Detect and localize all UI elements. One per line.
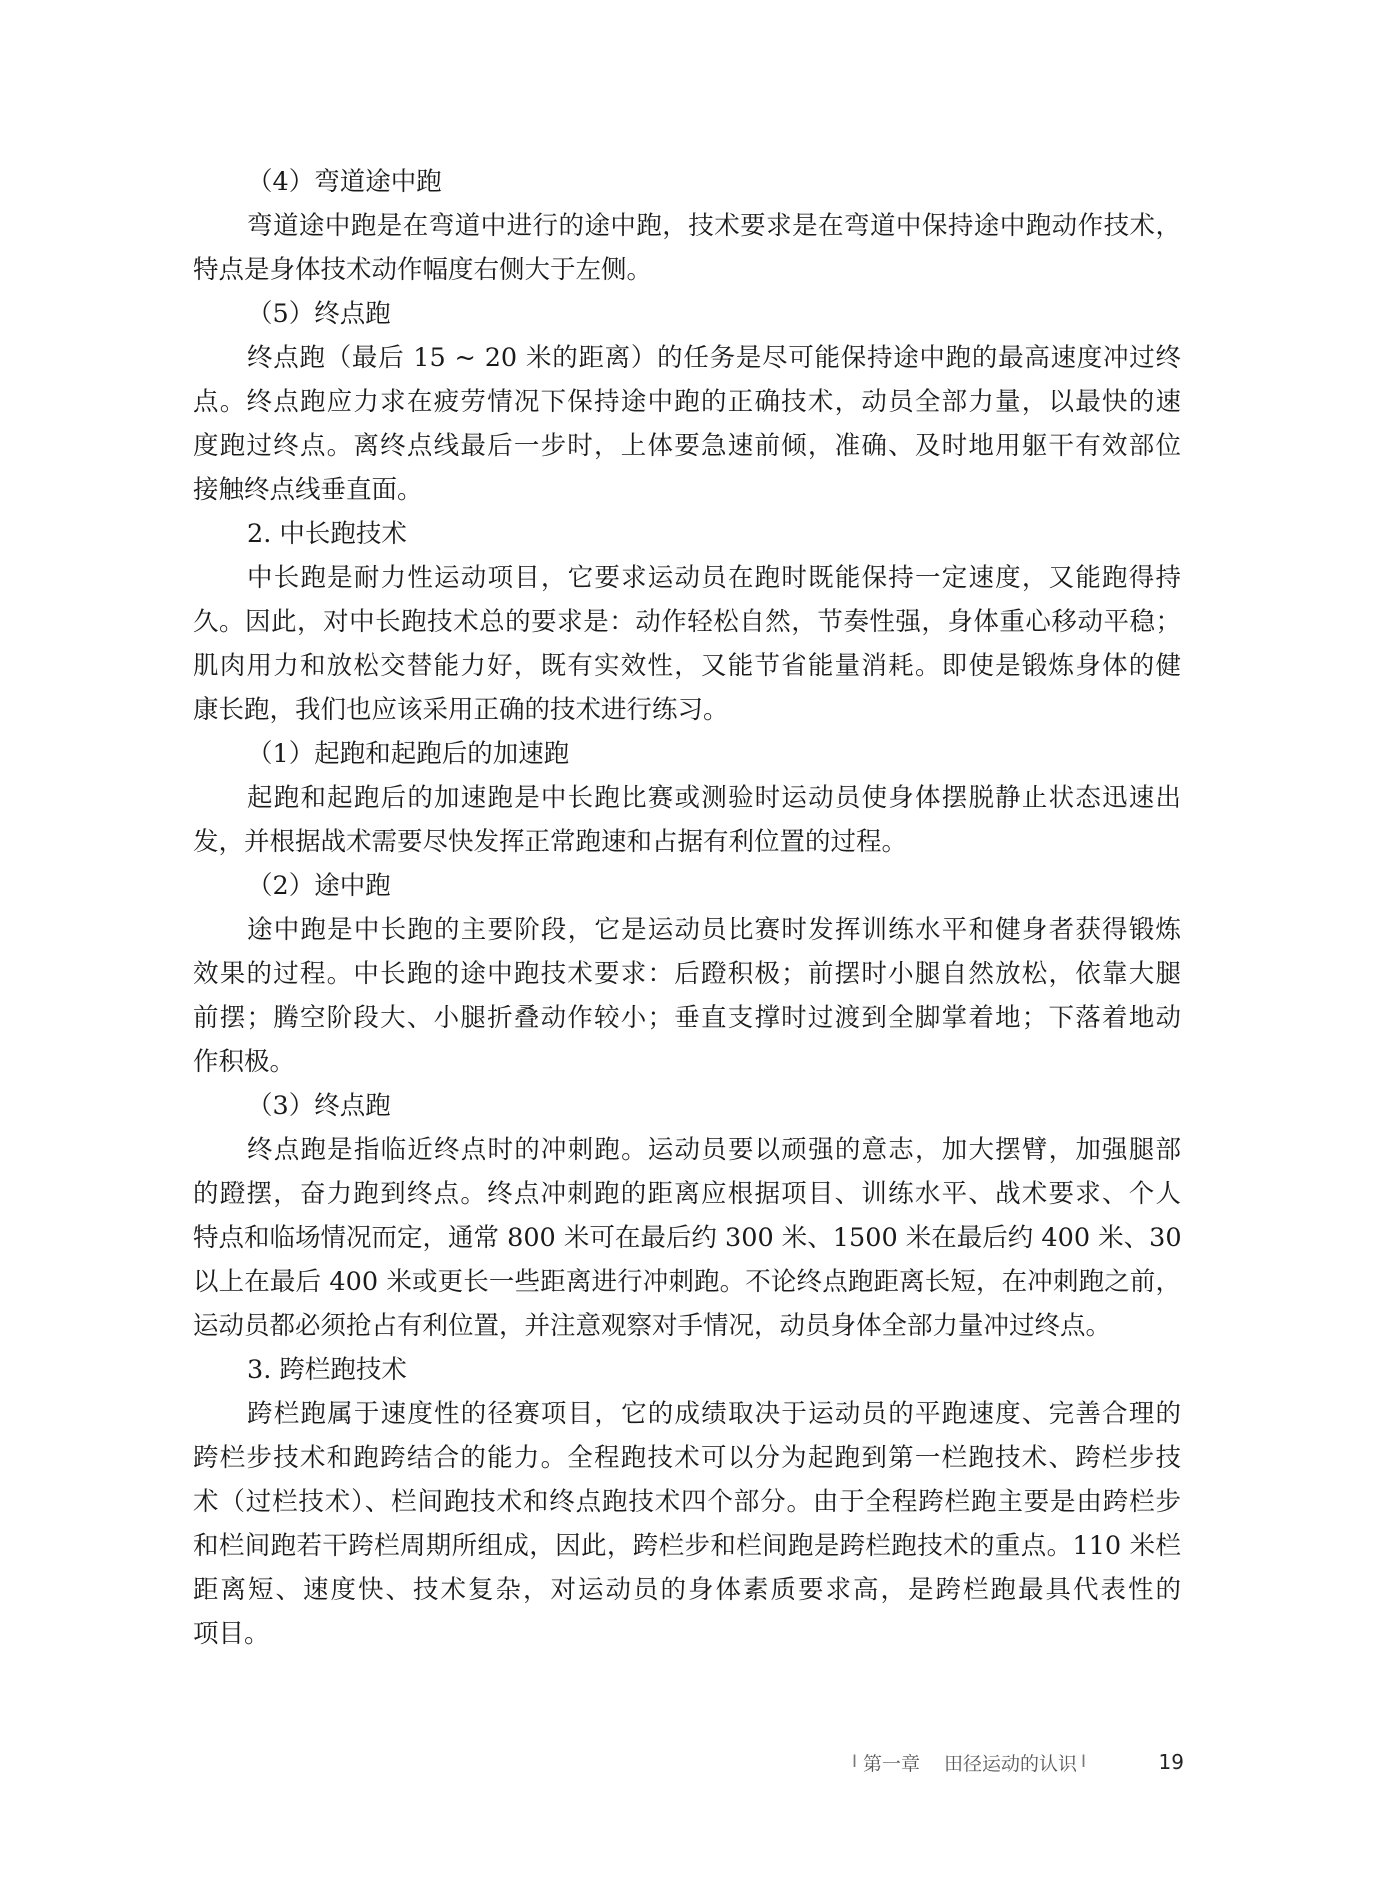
text-line: 接触终点线垂直面。 xyxy=(193,468,1181,512)
body-text: （4）弯道途中跑弯道途中跑是在弯道中进行的途中跑，技术要求是在弯道中保持途中跑动… xyxy=(193,160,1181,1656)
text-line: 距离短、速度快、技术复杂，对运动员的身体素质要求高，是跨栏跑最具代表性的 xyxy=(193,1568,1181,1612)
heading-line: （5）终点跑 xyxy=(193,292,1181,336)
paragraph: 终点跑是指临近终点时的冲刺跑。运动员要以顽强的意志，加大摆臂，加强腿部的蹬摆，奋… xyxy=(193,1128,1181,1348)
footer-separator-left: I xyxy=(852,1752,857,1772)
paragraph: 中长跑是耐力性运动项目，它要求运动员在跑时既能保持一定速度，又能跑得持久。因此，… xyxy=(193,556,1181,732)
section-heading: 2. 中长跑技术 xyxy=(193,512,1181,556)
text-line: 运动员都必须抢占有利位置，并注意观察对手情况，动员身体全部力量冲过终点。 xyxy=(193,1304,1181,1348)
text-line: 效果的过程。中长跑的途中跑技术要求：后蹬积极；前摆时小腿自然放松，依靠大腿 xyxy=(193,952,1181,996)
text-line: 肌肉用力和放松交替能力好，既有实效性，又能节省能量消耗。即使是锻炼身体的健 xyxy=(193,644,1181,688)
heading-line: 3. 跨栏跑技术 xyxy=(193,1348,1181,1392)
text-line: 弯道途中跑是在弯道中进行的途中跑，技术要求是在弯道中保持途中跑动作技术， xyxy=(193,204,1181,248)
heading-line: （1）起跑和起跑后的加速跑 xyxy=(193,732,1181,776)
section-heading: （1）起跑和起跑后的加速跑 xyxy=(193,732,1181,776)
section-heading: （4）弯道途中跑 xyxy=(193,160,1181,204)
footer-separator-right: I xyxy=(1081,1752,1086,1772)
text-line: 特点是身体技术动作幅度右侧大于左侧。 xyxy=(193,248,1181,292)
page-footer: I 第一章 田径运动的认识 I 19 xyxy=(852,1748,1184,1776)
section-heading: （3）终点跑 xyxy=(193,1084,1181,1128)
text-line: 途中跑是中长跑的主要阶段，它是运动员比赛时发挥训练水平和健身者获得锻炼 xyxy=(193,908,1181,952)
text-line: 跨栏跑属于速度性的径赛项目，它的成绩取决于运动员的平跑速度、完善合理的 xyxy=(193,1392,1181,1436)
section-heading: 3. 跨栏跑技术 xyxy=(193,1348,1181,1392)
text-line: 作积极。 xyxy=(193,1040,1181,1084)
text-line: 特点和临场情况而定，通常 800 米可在最后约 300 米、1500 米在最后约… xyxy=(193,1216,1181,1260)
heading-line: （3）终点跑 xyxy=(193,1084,1181,1128)
text-line: 的蹬摆，奋力跑到终点。终点冲刺跑的距离应根据项目、训练水平、战术要求、个人 xyxy=(193,1172,1181,1216)
paragraph: 起跑和起跑后的加速跑是中长跑比赛或测验时运动员使身体摆脱静止状态迅速出发，并根据… xyxy=(193,776,1181,864)
heading-line: 2. 中长跑技术 xyxy=(193,512,1181,556)
section-heading: （5）终点跑 xyxy=(193,292,1181,336)
section-heading: （2）途中跑 xyxy=(193,864,1181,908)
paragraph: 跨栏跑属于速度性的径赛项目，它的成绩取决于运动员的平跑速度、完善合理的跨栏步技术… xyxy=(193,1392,1181,1656)
paragraph: 终点跑（最后 15 ~ 20 米的距离）的任务是尽可能保持途中跑的最高速度冲过终… xyxy=(193,336,1181,512)
text-line: 和栏间跑若干跨栏周期所组成，因此，跨栏步和栏间跑是跨栏跑技术的重点。110 米栏 xyxy=(193,1524,1181,1568)
heading-line: （4）弯道途中跑 xyxy=(193,160,1181,204)
footer-chapter: 第一章 xyxy=(863,1749,920,1776)
text-line: 项目。 xyxy=(193,1612,1181,1656)
paragraph: 途中跑是中长跑的主要阶段，它是运动员比赛时发挥训练水平和健身者获得锻炼效果的过程… xyxy=(193,908,1181,1084)
text-line: 终点跑是指临近终点时的冲刺跑。运动员要以顽强的意志，加大摆臂，加强腿部 xyxy=(193,1128,1181,1172)
text-line: 中长跑是耐力性运动项目，它要求运动员在跑时既能保持一定速度，又能跑得持 xyxy=(193,556,1181,600)
text-line: 术（过栏技术）、栏间跑技术和终点跑技术四个部分。由于全程跨栏跑主要是由跨栏步 xyxy=(193,1480,1181,1524)
heading-line: （2）途中跑 xyxy=(193,864,1181,908)
text-line: 度跑过终点。离终点线最后一步时，上体要急速前倾，准确、及时地用躯干有效部位 xyxy=(193,424,1181,468)
text-line: 终点跑（最后 15 ~ 20 米的距离）的任务是尽可能保持途中跑的最高速度冲过终 xyxy=(193,336,1181,380)
paragraph: 弯道途中跑是在弯道中进行的途中跑，技术要求是在弯道中保持途中跑动作技术，特点是身… xyxy=(193,204,1181,292)
text-line: 跨栏步技术和跑跨结合的能力。全程跑技术可以分为起跑到第一栏跑技术、跨栏步技 xyxy=(193,1436,1181,1480)
text-line: 起跑和起跑后的加速跑是中长跑比赛或测验时运动员使身体摆脱静止状态迅速出 xyxy=(193,776,1181,820)
text-line: 康长跑，我们也应该采用正确的技术进行练习。 xyxy=(193,688,1181,732)
text-line: 以上在最后 400 米或更长一些距离进行冲刺跑。不论终点跑距离长短，在冲刺跑之前… xyxy=(193,1260,1181,1304)
book-page: （4）弯道途中跑弯道途中跑是在弯道中进行的途中跑，技术要求是在弯道中保持途中跑动… xyxy=(0,0,1374,1891)
page-number: 19 xyxy=(1159,1750,1184,1774)
footer-chapter-title: 田径运动的认识 xyxy=(944,1749,1077,1776)
text-line: 久。因此，对中长跑技术总的要求是：动作轻松自然，节奏性强，身体重心移动平稳； xyxy=(193,600,1181,644)
running-footer: I 第一章 田径运动的认识 I xyxy=(852,1749,1086,1776)
text-line: 点。终点跑应力求在疲劳情况下保持途中跑的正确技术，动员全部力量，以最快的速 xyxy=(193,380,1181,424)
text-line: 前摆；腾空阶段大、小腿折叠动作较小；垂直支撑时过渡到全脚掌着地；下落着地动 xyxy=(193,996,1181,1040)
text-line: 发，并根据战术需要尽快发挥正常跑速和占据有利位置的过程。 xyxy=(193,820,1181,864)
